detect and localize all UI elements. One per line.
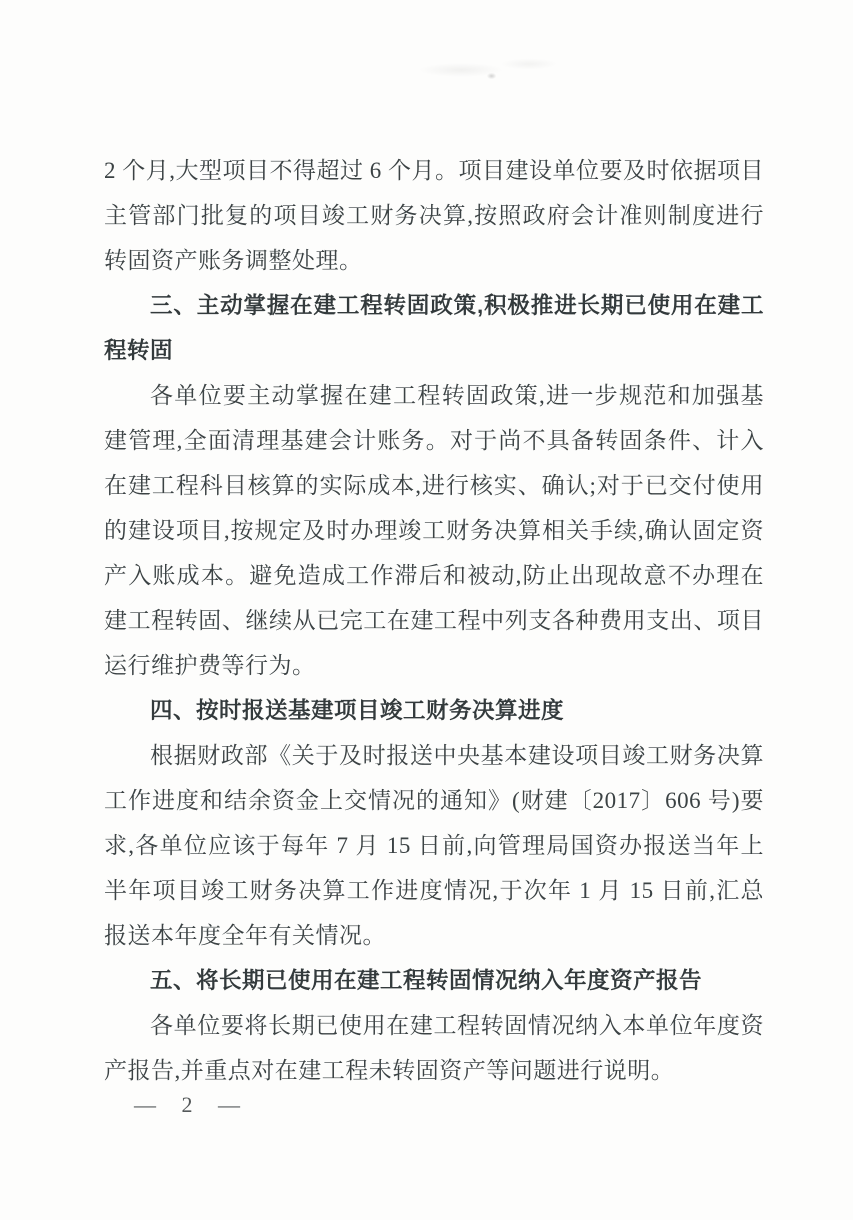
document-body: 2 个月,大型项目不得超过 6 个月。项目建设单位要及时依据项目主管部门批复的项… [104, 148, 764, 1093]
scan-artifact [410, 48, 580, 88]
body-paragraph-section-3: 各单位要主动掌握在建工程转固政策,进一步规范和加强基建管理,全面清理基建会计账务… [104, 373, 764, 688]
body-paragraph-section-5: 各单位要将长期已使用在建工程转固情况纳入本单位年度资产报告,并重点对在建工程未转… [104, 1003, 764, 1093]
body-paragraph-continuation: 2 个月,大型项目不得超过 6 个月。项目建设单位要及时依据项目主管部门批复的项… [104, 148, 764, 283]
body-paragraph-section-4: 根据财政部《关于及时报送中央基本建设项目竣工财务决算工作进度和结余资金上交情况的… [104, 733, 764, 958]
document-page: 2 个月,大型项目不得超过 6 个月。项目建设单位要及时依据项目主管部门批复的项… [0, 0, 853, 1220]
section-heading-3: 三、主动掌握在建工程转固政策,积极推进长期已使用在建工程转固 [104, 283, 764, 373]
page-number: — 2 — [134, 1092, 249, 1118]
section-heading-4: 四、按时报送基建项目竣工财务决算进度 [104, 688, 764, 733]
section-heading-5: 五、将长期已使用在建工程转固情况纳入年度资产报告 [104, 958, 764, 1003]
